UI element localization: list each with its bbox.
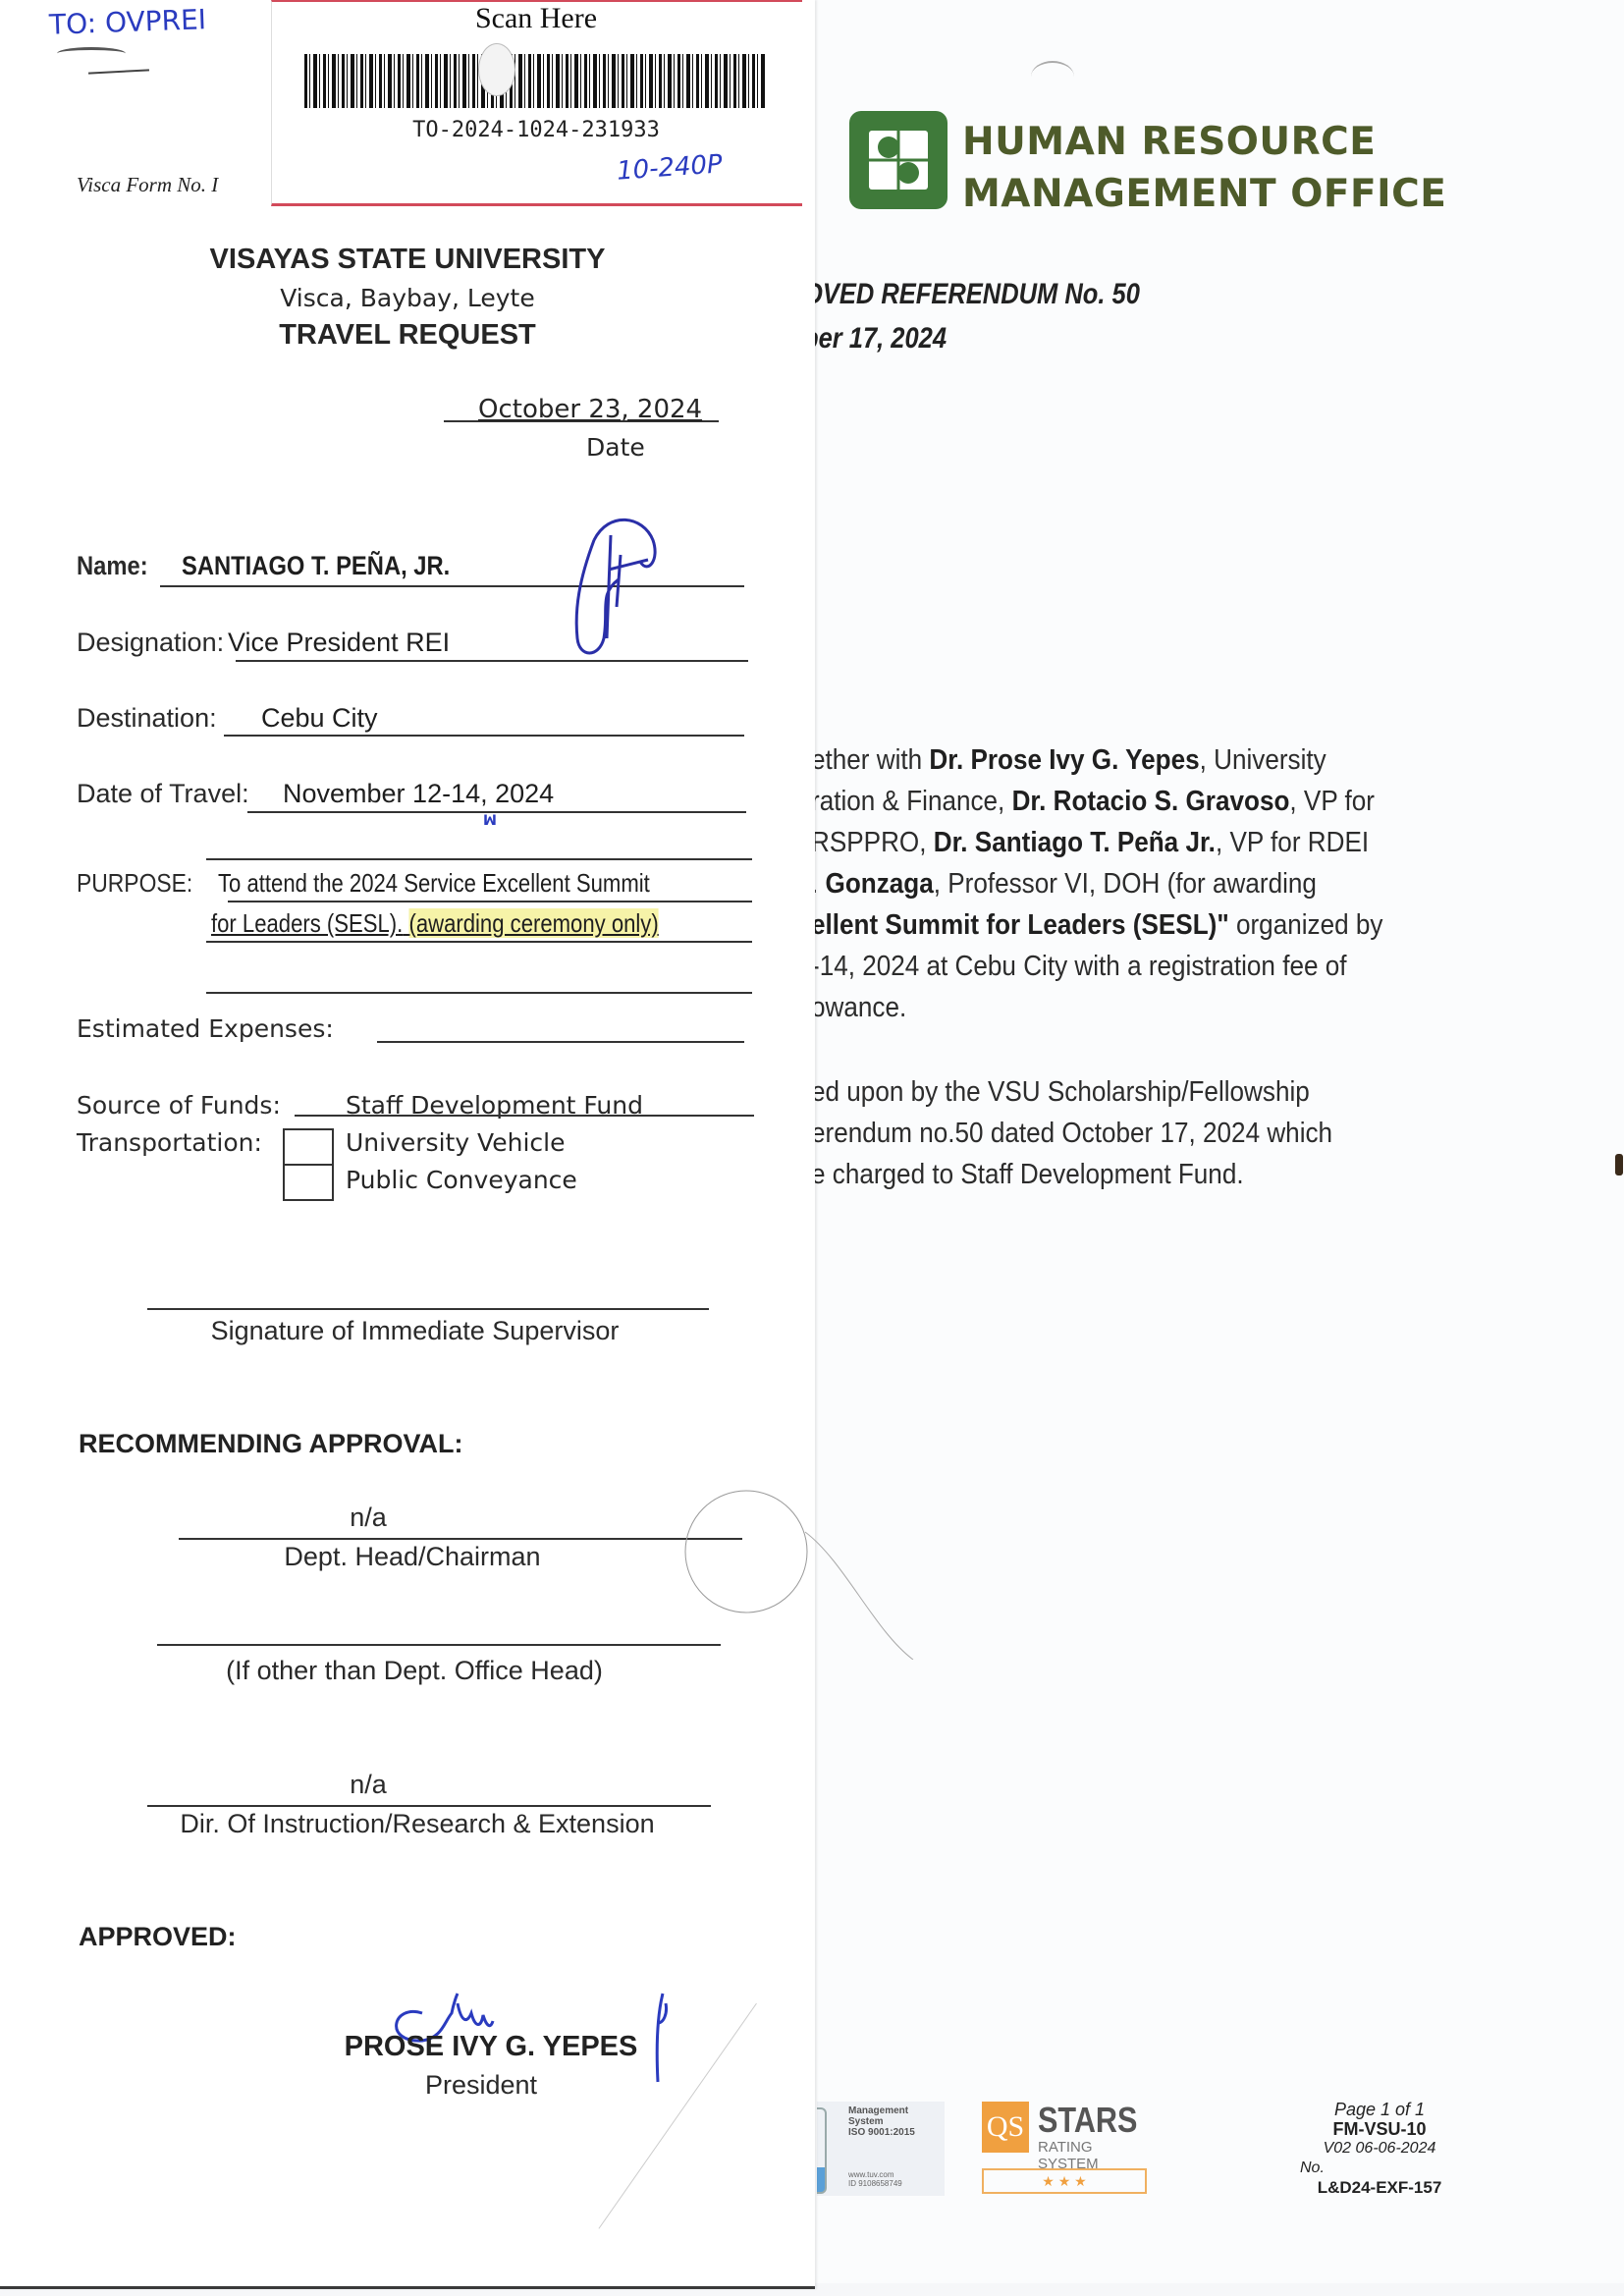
expenses-field[interactable] (377, 1041, 744, 1043)
purpose-line2[interactable]: for Leaders (SESL). (awarding ceremony o… (211, 908, 659, 939)
transport-label: Transportation: (77, 1128, 262, 1157)
memo-line: erendum no.50 dated October 17, 2024 whi… (811, 1118, 1332, 1150)
dept-head-line (179, 1538, 742, 1540)
form-version: V02 06-06-2024 (1296, 2139, 1463, 2159)
purpose-underline (206, 858, 752, 860)
expenses-label: Estimated Expenses: (77, 1014, 334, 1043)
purpose-label: PURPOSE: (77, 868, 192, 899)
hrmo-puzzle-logo-icon (849, 111, 947, 209)
office-name-line2: MANAGEMENT OFFICE (962, 172, 1446, 216)
iso-text: Management System ISO 9001:2015 (848, 2105, 915, 2138)
requester-signature (550, 501, 677, 668)
handwritten-underline (57, 47, 126, 60)
handwritten-initial-mark: ꟽ (483, 813, 497, 829)
memo-line: . Gonzaga, Professor VI, DOH (for awardi… (811, 868, 1317, 901)
designation-label: Designation: (77, 628, 224, 658)
funds-label: Source of Funds: (77, 1091, 281, 1120)
qs-subtitle: RATING SYSTEM (1038, 2139, 1149, 2172)
purpose-line1[interactable]: To attend the 2024 Service Excellent Sum… (218, 868, 650, 899)
date-label: Date (586, 433, 645, 462)
purpose-underline (206, 941, 752, 943)
qs-logo-icon: QS (982, 2102, 1029, 2153)
request-date[interactable]: October 23, 2024 (478, 395, 702, 424)
staple-mark (1031, 61, 1074, 92)
doc-no-label: No. (1296, 2159, 1463, 2178)
memo-line: ether with Dr. Prose Ivy G. Yepes, Unive… (811, 744, 1326, 777)
name-field[interactable]: SANTIAGO T. PEÑA, JR. (182, 551, 450, 581)
referendum-title: OVED REFERENDUM No. 50 (803, 278, 1140, 311)
purpose-underline (228, 901, 752, 902)
scan-here-label: Scan Here (271, 2, 801, 35)
memo-line: RSPPRO, Dr. Santiago T. Peña Jr., VP for… (811, 827, 1369, 859)
approver-name: PROSE IVY G. YEPES (245, 2031, 736, 2063)
name-label: Name: (77, 551, 148, 581)
designation-underline (236, 660, 748, 662)
memo-line: e charged to Staff Development Fund. (811, 1159, 1244, 1191)
document-control-block: Page 1 of 1 FM-VSU-10 V02 06-06-2024 No.… (1296, 2100, 1463, 2198)
form-code: FM-VSU-10 (1296, 2119, 1463, 2139)
travel-date-underline (247, 811, 746, 813)
tracking-barcode[interactable] (304, 54, 766, 108)
approver-title: President (236, 2070, 727, 2101)
director-line (147, 1805, 711, 1807)
dept-head-value[interactable]: n/a (177, 1503, 560, 1533)
binder-clip-mark (1615, 1154, 1623, 1175)
director-value[interactable]: n/a (177, 1770, 560, 1800)
designation-field[interactable]: Vice President REI (228, 628, 450, 658)
memo-line: ed upon by the VSU Scholarship/Fellowshi… (811, 1076, 1310, 1109)
punch-hole-arc (668, 1483, 923, 1660)
iso-certification-badge: Management System ISO 9001:2015 www.tuv.… (817, 2102, 945, 2196)
supervisor-signature-line[interactable] (147, 1308, 709, 1310)
memo-line: -14, 2024 at Cebu City with a registrati… (811, 951, 1347, 983)
qs-star-rating: ★ ★ ★ (982, 2168, 1147, 2194)
university-address: Visca, Baybay, Leyte (0, 284, 815, 312)
destination-label: Destination: (77, 703, 217, 734)
other-head-label: (If other than Dept. Office Head) (147, 1656, 681, 1686)
highlighted-note: (awarding ceremony only) (408, 908, 658, 938)
director-label: Dir. Of Instruction/Research & Extension (108, 1809, 727, 1839)
office-name-line1: HUMAN RESOURCE (962, 120, 1376, 164)
tracking-number: TO-2024-1024-231933 (271, 118, 801, 142)
university-name: VISAYAS STATE UNIVERSITY (0, 244, 815, 276)
travel-date-field[interactable]: November 12-14, 2024 (283, 779, 554, 809)
destination-field[interactable]: Cebu City (261, 703, 378, 734)
referendum-date: ber 17, 2024 (803, 322, 947, 355)
form-title: TRAVEL REQUEST (0, 319, 815, 352)
memo-line: ration & Finance, Dr. Rotacio S. Gravoso… (811, 786, 1375, 818)
university-vehicle-checkbox[interactable] (283, 1128, 334, 1166)
memo-line: ellent Summit for Leaders (SESL)" organi… (811, 909, 1382, 942)
iso-badge-edge (817, 2107, 827, 2194)
public-conveyance-label: Public Conveyance (346, 1166, 577, 1194)
university-vehicle-label: University Vehicle (346, 1128, 565, 1157)
qs-stars-badge: QS STARS RATING SYSTEM ★ ★ ★ (982, 2102, 1149, 2200)
punch-hole (478, 43, 515, 96)
page-info: Page 1 of 1 (1296, 2100, 1463, 2119)
destination-underline (224, 735, 744, 737)
approved-heading: APPROVED: (79, 1922, 237, 1952)
other-head-line[interactable] (157, 1644, 721, 1646)
handwritten-routing-note: TO: OVPREI (48, 3, 206, 41)
purpose-underline (206, 992, 752, 994)
funds-underline (295, 1115, 754, 1117)
iso-web: www.tuv.com ID 9108658749 (848, 2170, 902, 2188)
qs-title: STARS (1038, 2100, 1137, 2141)
doc-number: L&D24-EXF-157 (1296, 2178, 1463, 2198)
public-conveyance-checkbox[interactable] (283, 1164, 334, 1201)
form-number: Visca Form No. I (77, 173, 218, 197)
recommending-approval-heading: RECOMMENDING APPROVAL: (79, 1429, 463, 1459)
dept-head-label: Dept. Head/Chairman (177, 1542, 648, 1572)
travel-date-label: Date of Travel: (77, 779, 249, 809)
supervisor-signature-label: Signature of Immediate Supervisor (0, 1316, 830, 1346)
memo-line: owance. (811, 992, 906, 1024)
